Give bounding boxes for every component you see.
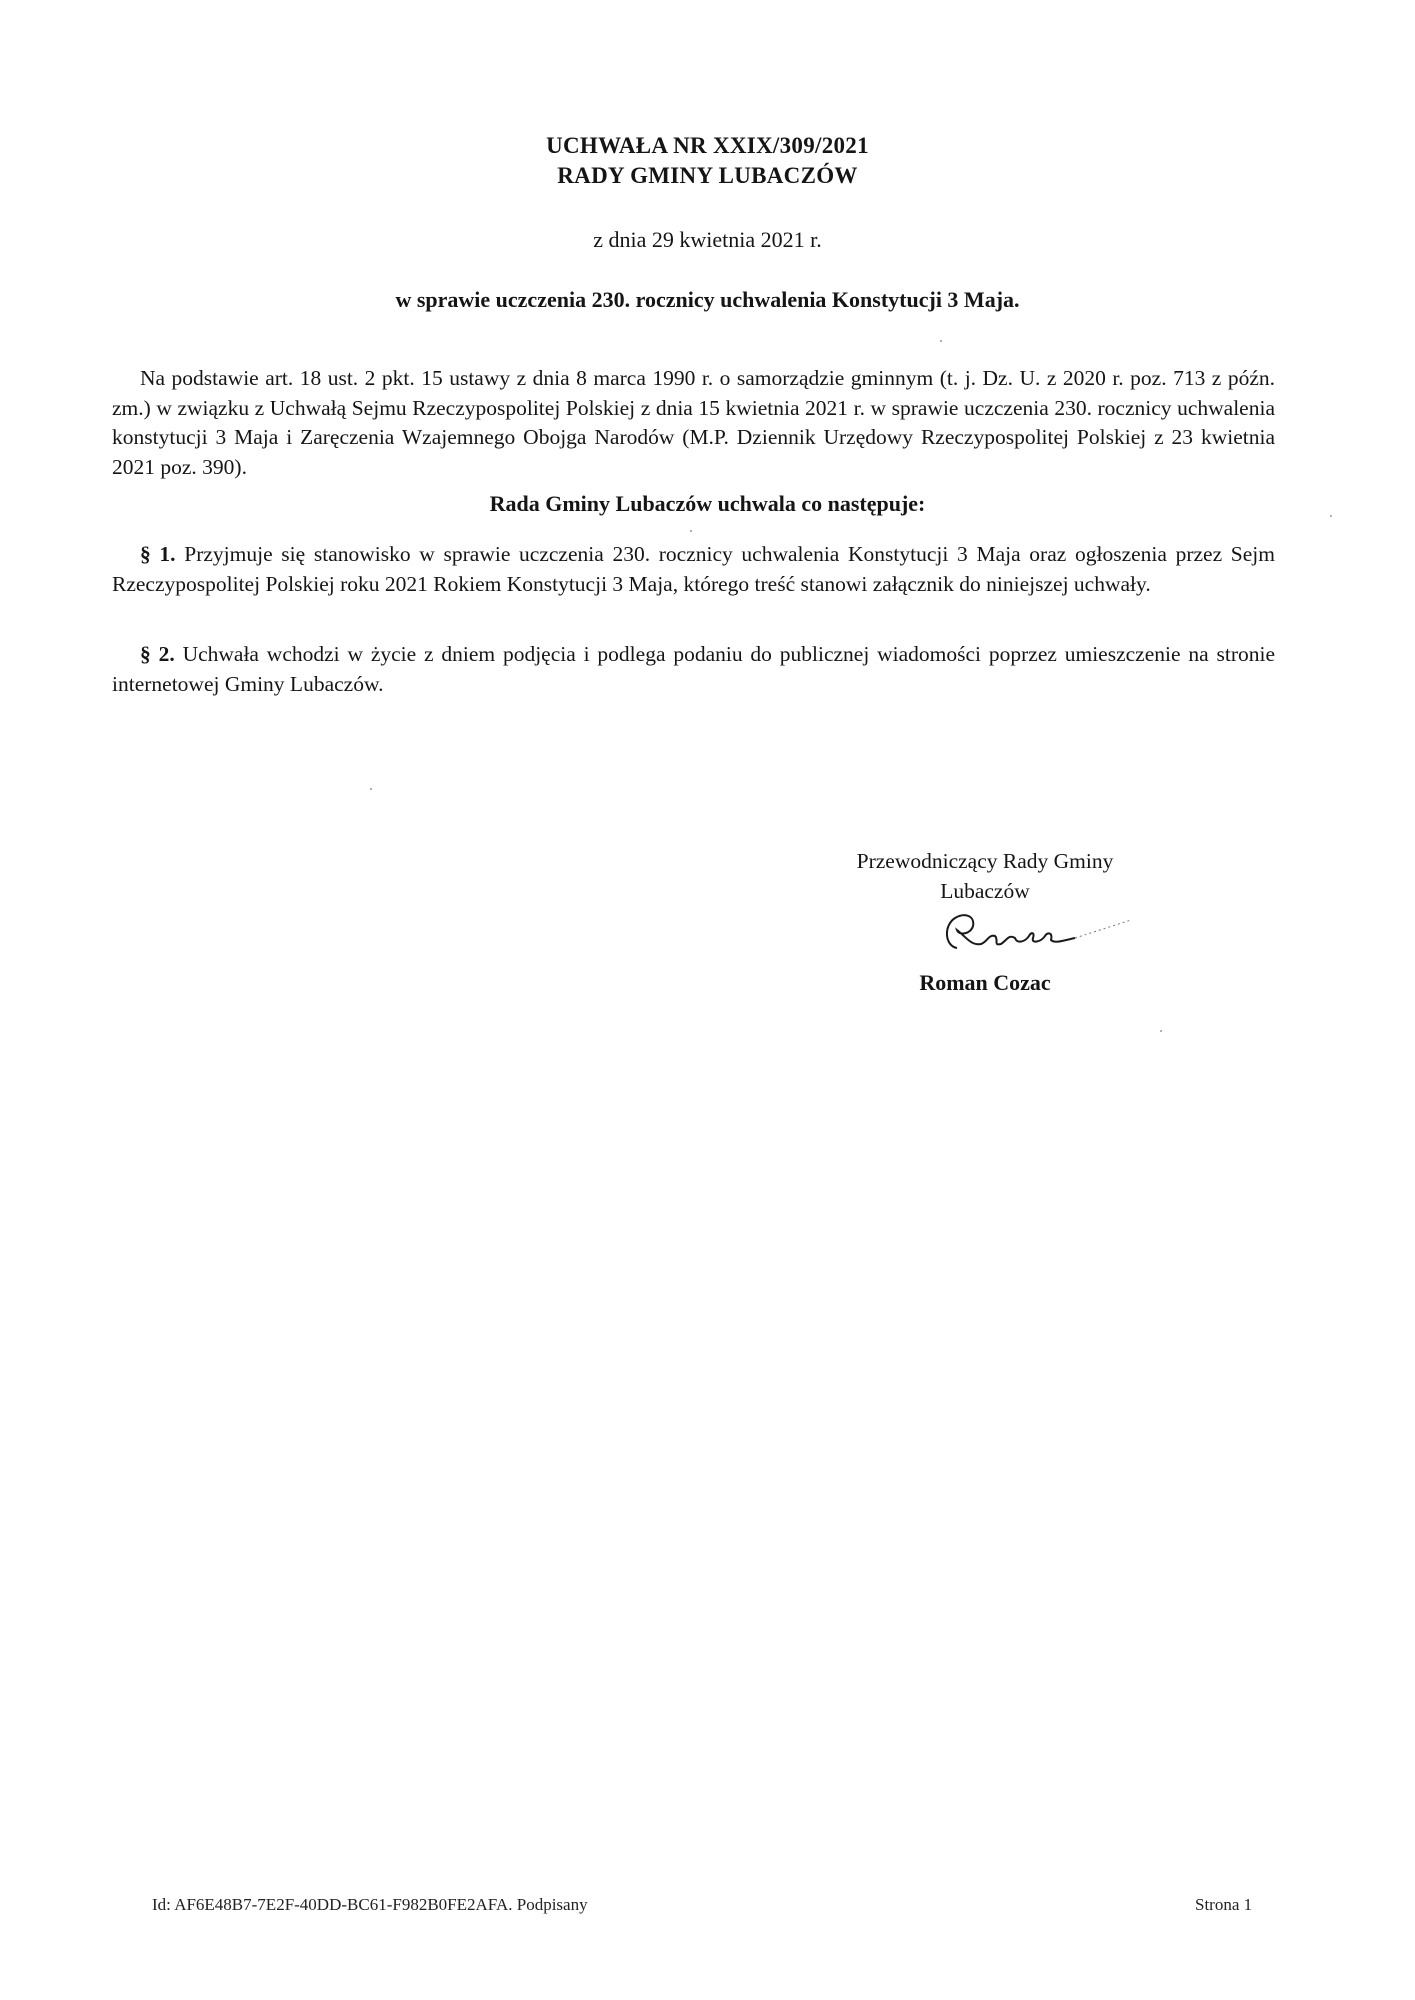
resolution-clause: Rada Gminy Lubaczów uchwala co następuje… <box>0 490 1415 518</box>
paragraph-2: § 2. Uchwała wchodzi w życie z dniem pod… <box>112 640 1275 699</box>
legal-basis: Na podstawie art. 18 ust. 2 pkt. 15 usta… <box>112 364 1275 482</box>
scan-speck <box>1160 1030 1162 1032</box>
handwritten-signature-icon <box>935 906 1135 961</box>
signatory-name: Roman Cozac <box>830 968 1140 998</box>
paragraph-1: § 1. Przyjmuje się stanowisko w sprawie … <box>112 540 1275 599</box>
paragraph-number: § 2. <box>140 642 175 666</box>
paragraph-number: § 1. <box>140 542 176 566</box>
scan-speck <box>370 788 372 790</box>
signatory-role-line1: Przewodniczący Rady Gminy <box>830 846 1140 876</box>
page-number: Strona 1 <box>1195 1895 1252 1915</box>
document-date: z dnia 29 kwietnia 2021 r. <box>0 226 1415 254</box>
paragraph-text: Uchwała wchodzi w życie z dniem podjęcia… <box>112 642 1275 696</box>
legal-basis-text: Na podstawie art. 18 ust. 2 pkt. 15 usta… <box>112 364 1275 482</box>
document-page: UCHWAŁA NR XXIX/309/2021 RADY GMINY LUBA… <box>0 0 1415 2000</box>
document-id-footer: Id: AF6E48B7-7E2F-40DD-BC61-F982B0FE2AFA… <box>152 1895 588 1915</box>
scan-speck <box>940 340 942 342</box>
paragraph-text: Przyjmuje się stanowisko w sprawie uczcz… <box>112 542 1275 596</box>
signatory-role: Przewodniczący Rady Gminy Lubaczów <box>830 846 1140 906</box>
title-resolution-number: UCHWAŁA NR XXIX/309/2021 <box>0 131 1415 161</box>
title-council-name: RADY GMINY LUBACZÓW <box>0 161 1415 191</box>
scan-speck <box>690 530 692 532</box>
document-subject: w sprawie uczczenia 230. rocznicy uchwal… <box>0 286 1415 314</box>
scan-speck <box>1330 515 1332 517</box>
signatory-role-line2: Lubaczów <box>830 876 1140 906</box>
document-title: UCHWAŁA NR XXIX/309/2021 RADY GMINY LUBA… <box>0 131 1415 191</box>
